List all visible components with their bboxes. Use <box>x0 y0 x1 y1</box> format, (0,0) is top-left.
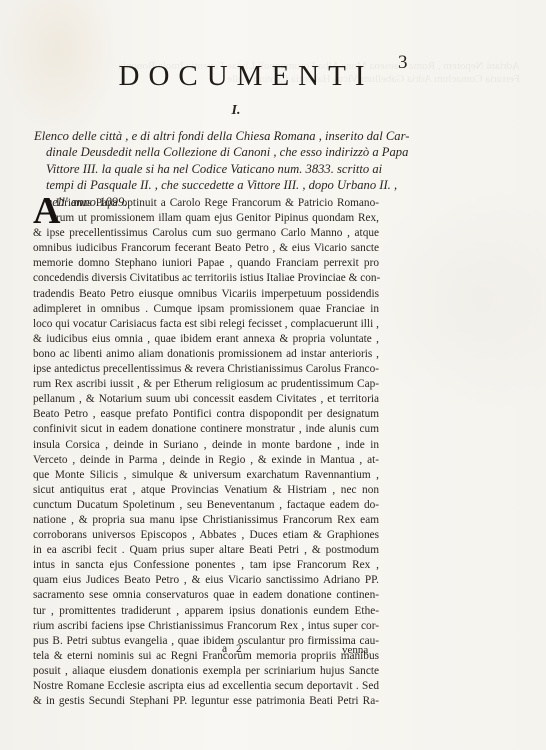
body-line: in ea ascribi fecit . Quam prius super a… <box>33 543 379 558</box>
signature-mark: a 2 <box>222 643 245 655</box>
body-line: insula Corsica , deinde in Suriano , dei… <box>33 438 379 453</box>
drop-cap: A <box>33 196 60 226</box>
body-line: Drianus Papa optinuit a Carolo Rege Fran… <box>33 196 379 211</box>
heading-line: dinale Deusdedit nella Collezione di Can… <box>34 144 379 160</box>
body-line: & in gestis Secundi Stephani PP. leguntu… <box>33 694 379 709</box>
section-numeral: I. <box>196 103 276 119</box>
heading-line: Vittore III. la quale si ha nel Codice V… <box>34 161 379 177</box>
body-line: corroborans universos Episcopos , Abbate… <box>33 528 379 543</box>
page-title: DOCUMENTI <box>116 60 376 93</box>
body-line: omnibus iudicibus Francorum fecerant Bea… <box>33 241 379 256</box>
body-line: pus B. Petri subtus evangelia , quae ibi… <box>33 634 379 649</box>
book-page: Adriani Nepotem , Roma Caesena Mons Alba… <box>0 0 546 750</box>
body-line: Beato Petro , easque prefato Pontifici c… <box>33 407 379 422</box>
body-line: loco qui vocatur Carisiacus facta est si… <box>33 317 379 332</box>
body-line: natione , & propria sua manu ipse Christ… <box>33 513 379 528</box>
body-line: tela & eterni nominis sui ac Regni Franc… <box>33 649 379 664</box>
heading-line: tempi di Pasquale II. , che succedette a… <box>34 177 379 193</box>
body-line: confinivit sicut in eadem donatione cont… <box>33 422 379 437</box>
body-line: rum ut promissionem illam quam ejus Geni… <box>33 211 379 226</box>
body-line: adimpleret in omnibus . Cumque ipsam pro… <box>33 302 379 317</box>
body-line: & iudicibus eius omnia , quae ibidem era… <box>33 332 379 347</box>
body-line: tur , promittentes tradiderunt , apparem… <box>33 604 379 619</box>
body-line: rum Rex ascribi iussit , & per Etherum r… <box>33 377 379 392</box>
body-line: ipse antedictus precellentissimus & reve… <box>33 362 379 377</box>
body-line: Verceto , deinde in Parma , deinde in Re… <box>33 453 379 468</box>
body-line: tradendis Beato Petro eiusque omnibus Vi… <box>33 287 379 302</box>
body-line: sicut antiquitus erat , atque Provincias… <box>33 483 379 498</box>
body-line: concedendis diversis Civitatibus ac terr… <box>33 271 379 286</box>
heading-line: Elenco delle città , e di altri fondi de… <box>34 128 379 144</box>
body-line: posuit , aliaque eiusdem donationis exem… <box>33 664 379 679</box>
body-line: memorie domno Stephano iuniori Papae , q… <box>33 256 379 271</box>
body-line: Nostre Romane Ecclesie ascripta eius ad … <box>33 679 379 694</box>
body-line: sacramento sese omnia conservaturos quae… <box>33 588 379 603</box>
body-line: intus in sancta ejus Confessione ponente… <box>33 558 379 573</box>
body-line: pellanum , & Notarium suum ubi concessit… <box>33 392 379 407</box>
catchword: venna <box>342 644 368 656</box>
body-line: bono ac libenti animo aliam donationis p… <box>33 347 379 362</box>
body-line: rium ascribi faciens ipse Christianissim… <box>33 619 379 634</box>
page-number: 3 <box>398 52 408 74</box>
body-line: & ipse precellentissimus Carolus cum suo… <box>33 226 379 241</box>
body-line: cunctum Ducatum Spoletinum , seu Beneven… <box>33 498 379 513</box>
body-line: quam eius Judices Beato Petro , & eius V… <box>33 573 379 588</box>
body-line: que Monte Silicis , simulque & universum… <box>33 468 379 483</box>
body-paragraph: A Drianus Papa optinuit a Carolo Rege Fr… <box>33 196 379 709</box>
